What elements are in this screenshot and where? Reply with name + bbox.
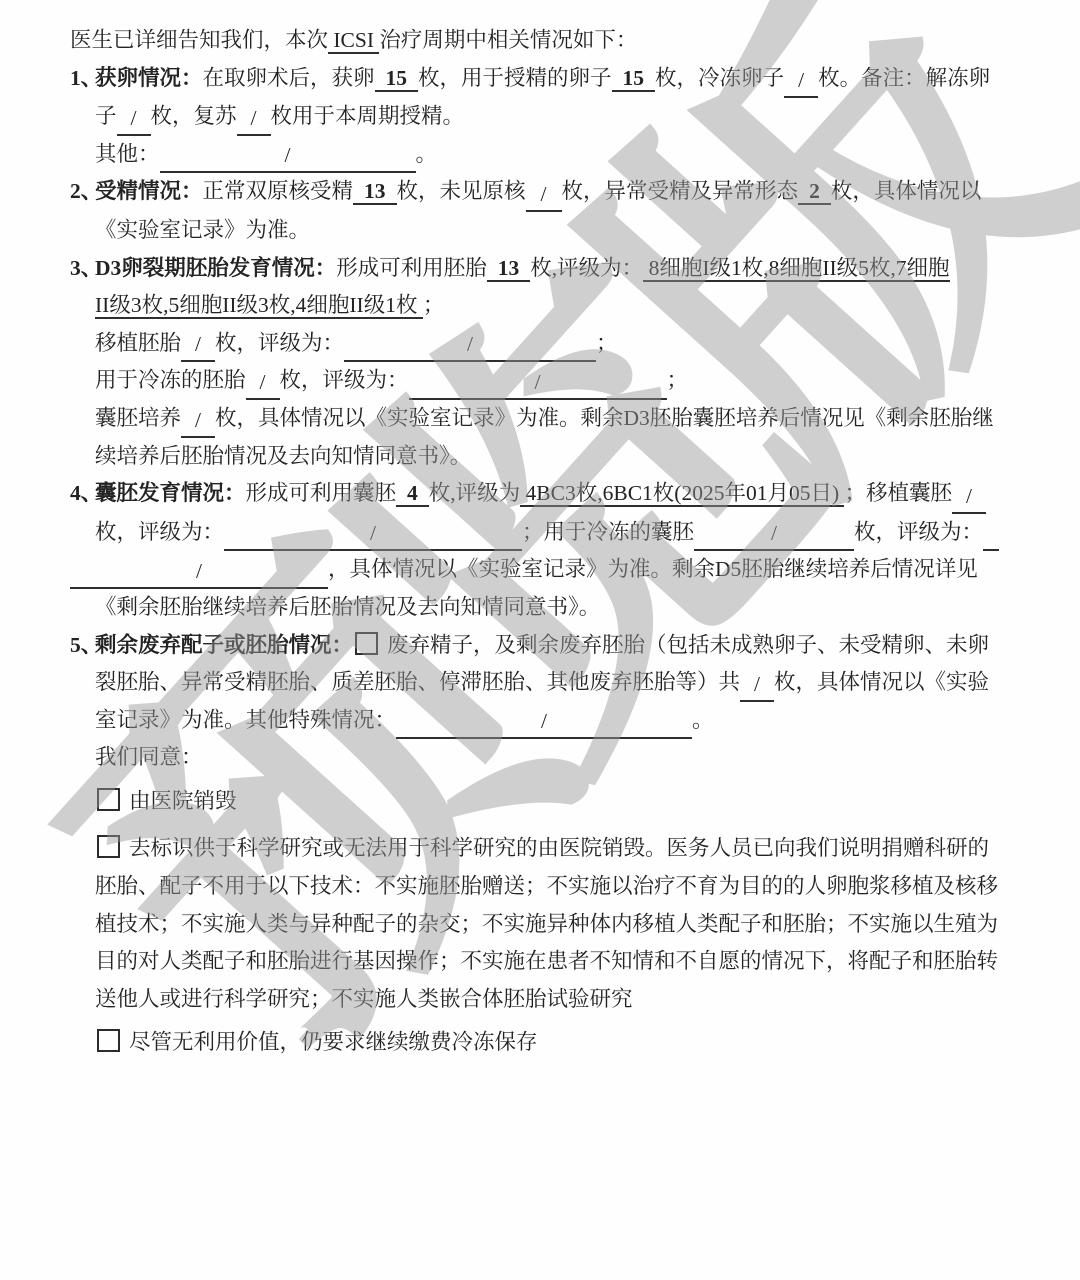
text: 枚，用于授精的卵子 <box>418 66 612 90</box>
slash-filled-blank: / <box>181 327 215 362</box>
form-line: 囊胚培养/枚，具体情况以《实验室记录》为准。剩余D3胚胎囊胚培养后情况见《剩余胚… <box>95 400 1018 438</box>
underlined-value: ICSI <box>328 28 379 54</box>
form-line: 子/枚，复苏/枚用于本周期授精。 <box>95 98 1018 136</box>
slash-filled-blank: / <box>117 101 151 136</box>
item-label: 受精情况： <box>95 179 203 203</box>
text: ；移植囊胚 <box>844 481 952 505</box>
slash-filled-blank: / <box>396 704 692 739</box>
form-line: 枚，评级为：/；用于冷冻的囊胚/枚，评级为： <box>95 514 1018 552</box>
form-line: 1、获卵情况：在取卵术后，获卵15枚，用于授精的卵子15枚，冷冻卵子/枚。备注：… <box>70 60 1018 99</box>
form-line: 胚胎、配子不用于以下技术：不实施胚胎赠送；不实施以治疗不育为目的的人卵胞浆移植及… <box>95 868 1018 906</box>
text: 其他： <box>95 142 160 166</box>
form-line: II级3枚,5细胞II级3枚,4细胞II级1枚 ； <box>95 287 1018 325</box>
form-line: 用于冷冻的胚胎/枚，评级为：/； <box>95 362 1018 400</box>
text: 废弃精子，及剩余废弃胚胎（包括未成熟卵子、未受精卵、未卵 <box>387 633 989 657</box>
form-line: 裂胚胎、异常受精胚胎、质差胚胎、停滞胚胎、其他废弃胚胎等）共/枚，具体情况以《实… <box>95 664 1018 702</box>
text: 囊胚培养 <box>95 406 181 430</box>
form-line: 植技术；不实施人类与异种配子的杂交；不实施异种体内移植人类配子和胚胎；不实施以生… <box>95 906 1018 944</box>
text: 。 <box>416 142 438 166</box>
slash-filled-blank: / <box>409 365 667 400</box>
slash-filled-blank: / <box>526 177 562 212</box>
text: 移植胚胎 <box>95 331 181 355</box>
form-line: 我们同意： <box>95 739 1018 777</box>
filled-value: 13 <box>353 179 397 205</box>
item-number: 4、 <box>70 475 95 513</box>
slash-filled-blank: / <box>237 101 271 136</box>
text: 由医院销毁 <box>129 789 237 813</box>
item-number: 3、 <box>70 250 95 288</box>
checkbox-destroy-by-hospital[interactable] <box>97 788 120 811</box>
text: 枚，异常受精及异常形态 <box>562 179 799 203</box>
text: ； <box>667 368 689 392</box>
slash-filled-blank: / <box>952 479 986 514</box>
text: 枚，评级为： <box>280 368 409 392</box>
text: 枚,评级为： <box>530 256 643 280</box>
filled-value: 15 <box>375 66 419 92</box>
text: 枚，复苏 <box>151 104 237 128</box>
text: ；用于冷冻的囊胚 <box>522 520 694 544</box>
filled-value: 4 <box>396 481 429 507</box>
form-line: 由医院销毁 <box>95 783 1018 821</box>
checkbox-deidentify-research-or-destroy[interactable] <box>97 835 120 858</box>
text: 《剩余胚胎继续培养后胚胎情况及去向知情同意书》。 <box>95 595 600 619</box>
text: 治疗周期中相关情况如下： <box>379 28 637 52</box>
slash-filled-blank: / <box>181 403 215 438</box>
slash-filled-blank: / <box>160 138 416 173</box>
item-number: 2、 <box>70 173 95 211</box>
text: ，具体情况以《实验室记录》为准。剩余D5胚胎继续培养后情况详见 <box>328 557 978 581</box>
text: ； <box>423 293 445 317</box>
text: 植技术；不实施人类与异种配子的杂交；不实施异种体内移植人类配子和胚胎；不实施以生… <box>95 912 998 936</box>
item-label: 获卵情况： <box>95 66 203 90</box>
text: 在取卵术后，获卵 <box>203 66 375 90</box>
form-line: 去标识供于科学研究或无法用于科学研究的由医院销毁。医务人员已向我们说明捐赠科研的 <box>95 830 1018 868</box>
item-number: 1、 <box>70 60 95 98</box>
form-content: 医生已详细告知我们，本次 ICSI 治疗周期中相关情况如下：1、获卵情况：在取卵… <box>70 22 1018 1062</box>
slash-filled-blank: / <box>344 327 596 362</box>
form-line: 尽管无利用价值，仍要求继续缴费冷冻保存 <box>95 1024 1018 1062</box>
form-line: /，具体情况以《实验室记录》为准。剩余D5胚胎继续培养后情况详见 <box>70 551 1018 589</box>
form-line: 室记录》为准。其他特殊情况：/。 <box>95 702 1018 740</box>
text: 枚，评级为： <box>95 520 224 544</box>
text: 《实验室记录》为准。 <box>95 218 310 242</box>
text: 枚，评级为： <box>854 520 983 544</box>
slash-filled-blank: / <box>740 667 774 702</box>
text: 室记录》为准。其他特殊情况： <box>95 708 396 732</box>
underlined-value: 4BC3枚,6BC1枚(2025年01月05日) <box>520 481 844 507</box>
form-line: 3、D3卵裂期胚胎发育情况：形成可利用胚胎13枚,评级为： 8细胞I级1枚,8细… <box>70 250 1018 288</box>
form-line: 4、囊胚发育情况：形成可利用囊胚4枚,评级为 4BC3枚,6BC1枚(2025年… <box>70 475 1018 514</box>
text: 去标识供于科学研究或无法用于科学研究的由医院销毁。医务人员已向我们说明捐赠科研的 <box>129 836 989 860</box>
text: 送他人或进行科学研究；不实施人类嵌合体胚胎试验研究 <box>95 987 633 1011</box>
form-line: 《实验室记录》为准。 <box>95 212 1018 250</box>
item-number: 5、 <box>70 627 95 665</box>
text: 医生已详细告知我们，本次 <box>70 28 328 52</box>
text: 胚胎、配子不用于以下技术：不实施胚胎赠送；不实施以治疗不育为目的的人卵胞浆移植及… <box>95 874 998 898</box>
slash-filled-blank: / <box>70 554 328 589</box>
checkbox-keep-frozen-with-payment[interactable] <box>97 1029 120 1052</box>
form-line: 2、受精情况：正常双原核受精13枚，未见原核/枚，异常受精及异常形态2枚，具体情… <box>70 173 1018 212</box>
item-label: 囊胚发育情况： <box>95 481 246 505</box>
text: 形成可利用囊胚 <box>246 481 397 505</box>
form-line: 目的对人类配子和胚胎进行基因操作；不实施在患者不知情和不自愿的情况下，将配子和胚… <box>95 943 1018 981</box>
form-line: 医生已详细告知我们，本次 ICSI 治疗周期中相关情况如下： <box>70 22 1018 60</box>
text: 目的对人类配子和胚胎进行基因操作；不实施在患者不知情和不自愿的情况下，将配子和胚… <box>95 949 998 973</box>
text: 枚，评级为： <box>215 331 344 355</box>
text: 续培养后胚胎情况及去向知情同意书》。 <box>95 444 471 468</box>
form-line: 送他人或进行科学研究；不实施人类嵌合体胚胎试验研究 <box>95 981 1018 1019</box>
form-line: 《剩余胚胎继续培养后胚胎情况及去向知情同意书》。 <box>95 589 1018 627</box>
slash-filled-blank: / <box>784 63 818 98</box>
text: 。 <box>692 708 714 732</box>
form-line: 其他：/。 <box>95 136 1018 174</box>
form-line: 移植胚胎/枚，评级为：/； <box>95 325 1018 363</box>
text: 枚,评级为 <box>429 481 520 505</box>
checkbox-discard-sperm-embryos[interactable] <box>355 632 378 655</box>
underlined-value: II级3枚,5细胞II级3枚,4细胞II级1枚 <box>95 293 423 319</box>
form-line: 续培养后胚胎情况及去向知情同意书》。 <box>95 438 1018 476</box>
text: 用于冷冻的胚胎 <box>95 368 246 392</box>
blank-underline <box>983 516 999 551</box>
text: 枚，具体情况以《实验室记录》为准。剩余D3胚胎囊胚培养后情况见《剩余胚胎继 <box>215 406 994 430</box>
filled-value: 13 <box>487 256 531 282</box>
text: 枚用于本周期授精。 <box>271 104 465 128</box>
text: 枚，未见原核 <box>397 179 526 203</box>
slash-filled-blank: / <box>224 516 522 551</box>
text: 子 <box>95 104 117 128</box>
slash-filled-blank: / <box>246 365 280 400</box>
text: 形成可利用胚胎 <box>336 256 487 280</box>
text: ； <box>596 331 618 355</box>
text: 我们同意： <box>95 745 203 769</box>
underlined-value: 8细胞I级1枚,8细胞II级5枚,7细胞 <box>643 256 949 282</box>
text: 尽管无利用价值，仍要求继续缴费冷冻保存 <box>129 1030 538 1054</box>
item-label: 剩余废弃配子或胚胎情况： <box>95 633 353 657</box>
filled-value: 15 <box>612 66 656 92</box>
form-line: 5、剩余废弃配子或胚胎情况：废弃精子，及剩余废弃胚胎（包括未成熟卵子、未受精卵、… <box>70 627 1018 665</box>
text: 裂胚胎、异常受精胚胎、质差胚胎、停滞胚胎、其他废弃胚胎等）共 <box>95 670 740 694</box>
item-label: D3卵裂期胚胎发育情况： <box>95 256 336 280</box>
slash-filled-blank: / <box>694 516 854 551</box>
text: 枚，冷冻卵子 <box>655 66 784 90</box>
filled-value: 2 <box>798 179 831 205</box>
text: 枚，具体情况以《实验 <box>774 670 989 694</box>
text: 枚。备注：解冻卵 <box>818 66 990 90</box>
text: 正常双原核受精 <box>203 179 354 203</box>
text: 枚，具体情况以 <box>831 179 982 203</box>
